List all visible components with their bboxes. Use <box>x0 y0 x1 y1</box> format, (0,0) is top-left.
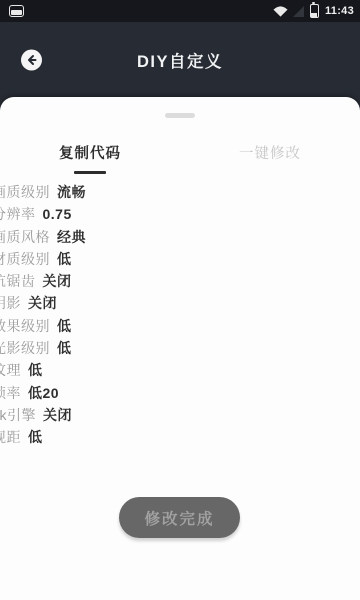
setting-row: 阴影关闭 <box>0 292 360 314</box>
active-tab-underline <box>74 171 106 174</box>
setting-label: 效果级别 <box>0 318 50 334</box>
battery-icon <box>310 4 319 18</box>
setting-value: 低20 <box>28 385 59 401</box>
image-notification-icon <box>9 5 24 17</box>
tab-copy-code-label: 复制代码 <box>59 142 121 163</box>
setting-label: 材质级别 <box>0 251 50 267</box>
setting-row: 材质级别低 <box>0 248 360 270</box>
setting-value: 经典 <box>57 229 86 245</box>
page-title: DIY自定义 <box>137 48 223 72</box>
back-arrow-icon <box>26 54 37 65</box>
tab-one-key-modify[interactable]: 一键修改 <box>180 142 360 174</box>
setting-value: 关闭 <box>28 295 57 311</box>
setting-value: 低 <box>28 429 43 445</box>
setting-row: 视距低 <box>0 426 360 448</box>
setting-row: vk引擎关闭 <box>0 404 360 426</box>
setting-row: 帧率低20 <box>0 382 360 404</box>
modify-done-button[interactable]: 修改完成 <box>119 497 240 538</box>
setting-label: 帧率 <box>0 385 21 401</box>
setting-row: 抗锯齿关闭 <box>0 270 360 292</box>
status-bar-time: 11:43 <box>325 5 354 17</box>
setting-value: 关闭 <box>43 407 72 423</box>
setting-label: 分辨率 <box>0 206 36 222</box>
phone-screen: 11:43 DIY自定义 复制代码 一键修改 画质级别流畅 分辨率0.75 <box>0 0 360 600</box>
setting-value: 低 <box>57 251 72 267</box>
setting-label: 画质级别 <box>0 184 50 200</box>
status-bar: 11:43 <box>0 0 360 22</box>
setting-label: 光影级别 <box>0 340 50 356</box>
setting-value: 0.75 <box>43 206 72 222</box>
setting-label: 纹理 <box>0 362 21 378</box>
setting-label: 抗锯齿 <box>0 273 36 289</box>
setting-row: 光影级别低 <box>0 337 360 359</box>
tab-copy-code[interactable]: 复制代码 <box>0 142 180 174</box>
setting-row: 纹理低 <box>0 359 360 381</box>
status-bar-icons <box>273 4 319 18</box>
back-button[interactable] <box>21 49 42 70</box>
app-header: DIY自定义 <box>0 22 360 97</box>
setting-label: 阴影 <box>0 295 21 311</box>
setting-row: 画质风格经典 <box>0 226 360 248</box>
wifi-icon <box>273 5 288 17</box>
setting-row: 效果级别低 <box>0 315 360 337</box>
setting-value: 低 <box>28 362 43 378</box>
setting-value: 流畅 <box>57 184 86 200</box>
settings-list: 画质级别流畅 分辨率0.75 画质风格经典 材质级别低 抗锯齿关闭 阴影关闭 效… <box>0 181 360 449</box>
setting-row: 画质级别流畅 <box>0 181 360 203</box>
setting-value: 低 <box>57 340 72 356</box>
setting-label: 视距 <box>0 429 21 445</box>
setting-label: vk引擎 <box>0 407 36 423</box>
cellular-icon <box>293 6 305 17</box>
setting-value: 低 <box>57 318 72 334</box>
setting-label: 画质风格 <box>0 229 50 245</box>
drag-handle[interactable] <box>165 113 195 118</box>
tab-one-key-modify-label: 一键修改 <box>239 142 301 163</box>
settings-card: 复制代码 一键修改 画质级别流畅 分辨率0.75 画质风格经典 材质级别低 抗锯… <box>0 97 360 600</box>
setting-row: 分辨率0.75 <box>0 203 360 225</box>
setting-value: 关闭 <box>43 273 72 289</box>
